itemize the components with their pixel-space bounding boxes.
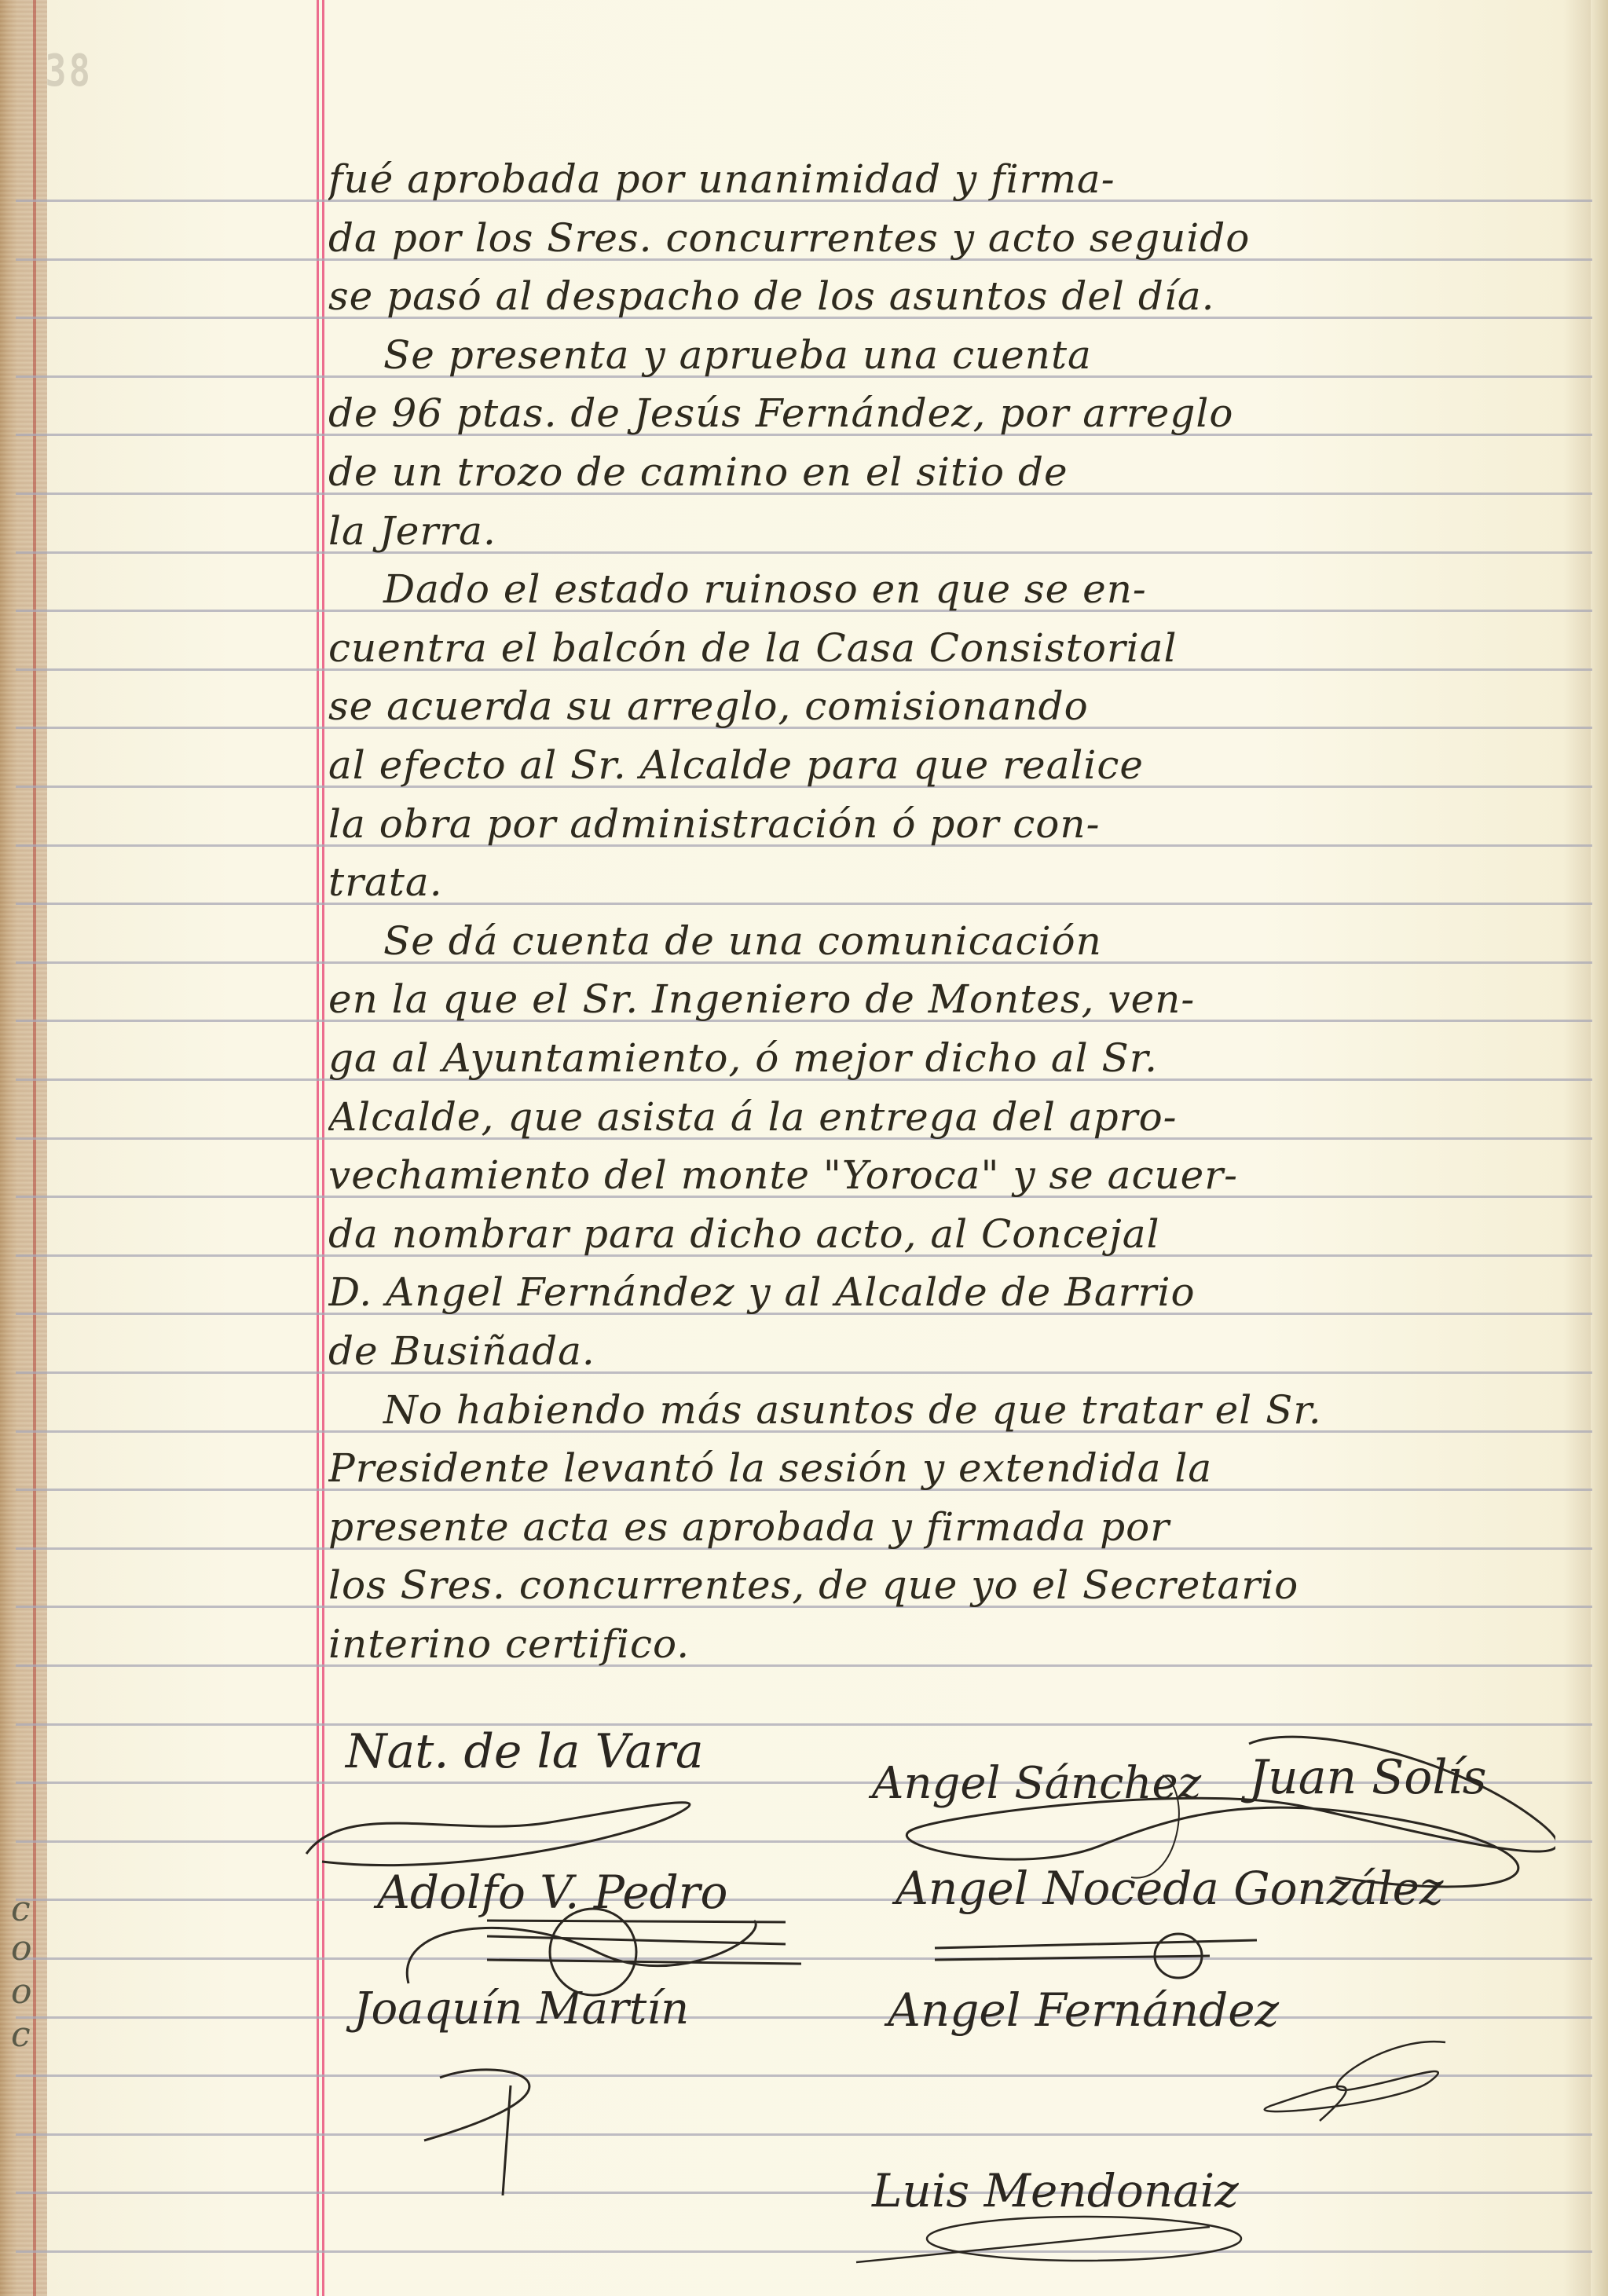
flourish-icon: [864, 1728, 1555, 1917]
flourish-icon: [299, 1791, 738, 1877]
margin-mark: o: [11, 1928, 32, 1968]
margin-line-red-left: [317, 0, 319, 2296]
minutes-text-line: interino certifico.: [328, 1620, 1577, 1668]
minutes-text-line: de Busiñada.: [328, 1327, 1577, 1375]
flourish-icon: [393, 1905, 801, 1999]
ruled-line: [16, 2016, 1592, 2019]
minutes-text-line: Presidente levantó la sesión y extendida…: [328, 1445, 1577, 1492]
minutes-text-line: trata.: [328, 859, 1577, 906]
minutes-text-line: No habiendo más asuntos de que tratar el…: [328, 1386, 1608, 1434]
minutes-text-line: da por los Sres. concurrentes y acto seg…: [328, 214, 1577, 262]
binding-stitch-line: [33, 0, 36, 2296]
ruled-line: [16, 2250, 1592, 2253]
margin-mark: o: [11, 1972, 32, 2012]
margin-mark: c: [11, 2015, 31, 2055]
minutes-text-line: presente acta es aprobada y firmada por: [328, 1503, 1577, 1551]
ruled-line: [16, 2133, 1592, 2136]
minutes-text-line: vechamiento del monte "Yoroca" y se acue…: [328, 1152, 1577, 1199]
flourish-icon: [408, 2054, 597, 2195]
margin-mark: c: [11, 1889, 31, 1929]
minutes-text-line: da nombrar para dicho acto, al Concejal: [328, 1210, 1577, 1258]
minutes-text-line: D. Angel Fernández y al Alcalde de Barri…: [328, 1269, 1577, 1316]
minutes-text-line: en la que el Sr. Ingeniero de Montes, ve…: [328, 976, 1577, 1023]
ruled-line: [16, 2192, 1592, 2194]
flourish-icon: [927, 1932, 1257, 1979]
margin-line-red-right: [322, 0, 324, 2296]
signature-angel-fernandez: Angel Fernández: [888, 1983, 1279, 2037]
minutes-text-line: fué aprobada por unanimidad y firma-: [328, 156, 1577, 203]
minutes-text-line: Alcalde, que asista á la entrega del apr…: [328, 1093, 1577, 1141]
ruled-line: [16, 1723, 1592, 1726]
minutes-text-line: ga al Ayuntamiento, ó mejor dicho al Sr.: [328, 1034, 1577, 1082]
minutes-text-line: Se presenta y aprueba una cuenta: [328, 331, 1608, 379]
signature-nat-de-la-vara: Nat. de la Vara: [346, 1724, 704, 1779]
minutes-text-line: cuentra el balcón de la Casa Consistoria…: [328, 624, 1577, 672]
flourish-icon: [1225, 2034, 1477, 2129]
minutes-text-line: se acuerda su arreglo, comisionando: [328, 683, 1577, 730]
ruled-line: [16, 1957, 1592, 1960]
minutes-text-line: se pasó al despacho de los asuntos del d…: [328, 273, 1577, 320]
minutes-text-line: de 96 ptas. de Jesús Fernández, por arre…: [328, 390, 1577, 437]
flourish-icon: [848, 2207, 1257, 2270]
minutes-text-line: Dado el estado ruinoso en que se en-: [328, 566, 1608, 613]
minutes-text-line: los Sres. concurrentes, de que yo el Sec…: [328, 1562, 1577, 1609]
minutes-text-line: la obra por administración ó por con-: [328, 800, 1577, 848]
minutes-text-line: Se dá cuenta de una comunicación: [328, 917, 1608, 965]
ledger-page: 38 fué aprobada por unanimidad y firma-d…: [0, 0, 1608, 2296]
minutes-text-line: al efecto al Sr. Alcalde para que realic…: [328, 742, 1577, 789]
page-number: 38: [46, 46, 93, 97]
minutes-text-line: la Jerra.: [328, 507, 1577, 555]
minutes-text-line: de un trozo de camino en el sitio de: [328, 449, 1577, 496]
